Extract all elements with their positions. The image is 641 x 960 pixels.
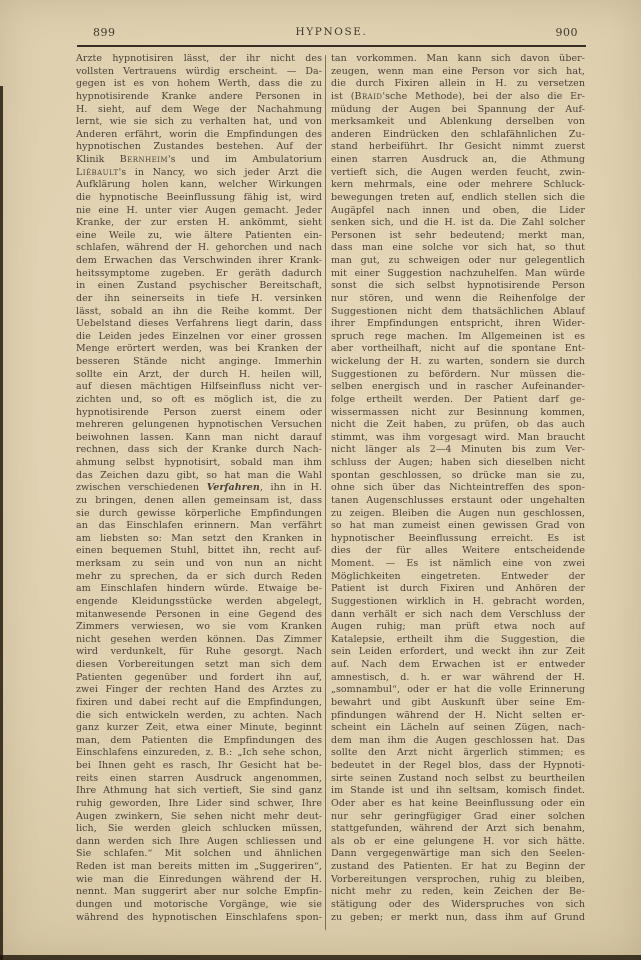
text-line: sein Leiden erfordert, und weckt ihn zur…	[331, 646, 585, 659]
text-line: beiwohnen lassen. Kann man nicht darauf	[76, 432, 322, 445]
text-line: hypnotisirende Kranke andere Personen in	[76, 91, 322, 104]
text-line: „somnambul“, oder er hat die volle Erinn…	[331, 684, 585, 697]
text-line: zu bringen, denen allen gemeinsam ist, d…	[76, 495, 322, 508]
text-line: ahmung selbst hypnotisirt, sobald man ih…	[76, 457, 322, 470]
text-line: Augen zwinkern, Sie sehen nicht mehr deu…	[76, 811, 322, 824]
text-line: Aufklärung holen kann, welcher Wirkungen	[76, 179, 322, 192]
text-line: Patient ist durch Fixiren und Anhören de…	[331, 583, 585, 596]
text-line: zwischen verschiedenen Verfahren, ihn in…	[76, 482, 322, 495]
text-line: Einschlafens einzureden, z. B.: „Ich seh…	[76, 747, 322, 760]
text-line: vertieft sich, die Augen werden feucht, …	[331, 167, 585, 180]
text-line: sonst die sich selbst hypnotisirende Per…	[331, 280, 585, 293]
text-line: Oder aber es hat keine Beeinflussung ode…	[331, 798, 585, 811]
text-line: ohne sich über das Nichteintreffen des s…	[331, 482, 585, 495]
page-header: 899 HYPNOSE. 900	[77, 26, 586, 42]
text-line: dann werden sich Ihre Augen schliessen u…	[76, 836, 322, 849]
text-line: stimmt, was ihm vorgesagt wird. Man brau…	[331, 432, 585, 445]
text-line: Augäpfel nach innen und oben, die Lider	[331, 205, 585, 218]
text-line: ganz kurzer Zeit, etwa einer Minute, beg…	[76, 722, 322, 735]
text-line: vollsten Vertrauens würdig erscheint. — …	[76, 66, 322, 79]
text-line: lich, Sie werden gleich schlucken müssen…	[76, 823, 322, 836]
page-number-right: 900	[556, 26, 579, 39]
text-line: bewahrt und gibt Auskunft über seine Em-	[331, 697, 585, 710]
text-line: an das Einschlafen erinnern. Man verfähr…	[76, 520, 322, 533]
text-line: sie durch gewisse körperliche Empfindung…	[76, 508, 322, 521]
text-line: sollte den Arzt nicht ärgerlich stimmen;…	[331, 747, 585, 760]
text-line: stattgefunden, während der Arzt sich ben…	[331, 823, 585, 836]
text-line: stand herbeiführt. Ihr Gesicht nimmt zue…	[331, 141, 585, 154]
text-line: auf. Nach dem Erwachen ist er entweder	[331, 659, 585, 672]
text-line: aber vortheilhaft, nicht auf die spontan…	[331, 343, 585, 356]
text-line: tanen Augenschlusses erstaunt oder ungeh…	[331, 495, 585, 508]
text-line: Ihre Athmung hat sich vertieft, Sie sind…	[76, 785, 322, 798]
text-line: Dann vergegenwärtige man sich den Seelen…	[331, 848, 585, 861]
scan-edge-left	[0, 86, 3, 960]
text-line: die Leiden jedes Einzelnen vor einer gro…	[76, 331, 322, 344]
scanned-page: 899 HYPNOSE. 900 Arzte hypnotisiren läss…	[0, 0, 641, 960]
text-line: pfindungen während der H. Nicht selten e…	[331, 710, 585, 723]
text-line: wickelung der H. zu warten, sondern sie …	[331, 356, 585, 369]
text-line: nennt. Man suggerirt aber nur solche Emp…	[76, 886, 322, 899]
text-line: Reden ist man bereits mitten im „Suggeri…	[76, 861, 322, 874]
text-line: Suggestionen zu befördern. Nur müssen di…	[331, 369, 585, 382]
text-line: einen bequemen Stuhl, bittet ihn, recht …	[76, 545, 322, 558]
text-line: H. sieht, auf dem Wege der Nachahmung	[76, 104, 322, 117]
text-line: Liébault's in Nancy, wo sich jeder Arzt …	[76, 167, 322, 180]
text-line: zeugen, wenn man eine Person vor sich ha…	[331, 66, 585, 79]
text-line: besseren Stände nicht anginge. Immerhin	[76, 356, 322, 369]
text-line: Anderen erfährt, worin die Empfindungen …	[76, 129, 322, 142]
text-line: folge ertheilt werden. Der Patient darf …	[331, 394, 585, 407]
text-line: mit einer Suggestion nachzuhelfen. Man w…	[331, 268, 585, 281]
page-title: HYPNOSE.	[77, 26, 586, 38]
text-line: anderen Eindrücken den schlafähnlichen Z…	[331, 129, 585, 142]
text-line: dass man eine solche vor sich hat, so th…	[331, 242, 585, 255]
text-line: man, dem Patienten die Empfindungen des	[76, 735, 322, 748]
text-line: schlafen, während der H. gehorchen und n…	[76, 242, 322, 255]
text-line: heitssymptome zugeben. Er geräth dadurch	[76, 268, 322, 281]
text-line: bewegungen treten auf, endlich stellen s…	[331, 192, 585, 205]
text-line: Zimmers verwiesen, wo sie vom Kranken	[76, 621, 322, 634]
text-line: auf diesen mächtigen Hilfseinfluss nicht…	[76, 381, 322, 394]
text-line: dem Erwachen das Verschwinden ihrer Kran…	[76, 255, 322, 268]
text-line: einen starren Ausdruck an, die Athmung	[331, 154, 585, 167]
text-line: fixiren und dabei recht auf die Empfindu…	[76, 697, 322, 710]
text-line: am Einschlafen hindern würde. Etwaige be…	[76, 583, 322, 596]
text-line: scheint ein Lächeln auf seinen Zügen, na…	[331, 722, 585, 735]
text-line: nie eine H. unter vier Augen gemacht. Je…	[76, 205, 322, 218]
text-line: müdung der Augen bei Spannung der Auf-	[331, 104, 585, 117]
text-line: Augen ruhig; man prüft etwa noch auf	[331, 621, 585, 634]
text-line: diesen Vorbereitungen setzt man sich dem	[76, 659, 322, 672]
text-line: reits einen starren Ausdruck angenommen,	[76, 773, 322, 786]
text-line: eine Weile zu, wie ältere Patienten ein-	[76, 230, 322, 243]
text-line: tan vorkommen. Man kann sich davon über-	[331, 53, 585, 66]
text-line: ruhig geworden, Ihre Lider sind schwer, …	[76, 798, 322, 811]
text-line: das Zeichen dazu gibt, so hat man die Wa…	[76, 470, 322, 483]
text-line: mehr zu sprechen, da er sich durch Reden	[76, 571, 322, 584]
text-line: senken sich, und die H. ist da. Die Zahl…	[331, 217, 585, 230]
text-line: die hypnotische Beeinflussung fähig ist,…	[76, 192, 322, 205]
text-line: merksamkeit und Ablenkung derselben von	[331, 116, 585, 129]
text-line: Vorbereitungen versprochen, ruhig zu ble…	[331, 874, 585, 887]
text-line: kern mehrmals, eine oder mehrere Schluck…	[331, 179, 585, 192]
text-line: nicht die Zeit haben, zu prüfen, ob das …	[331, 419, 585, 432]
text-line: dem man ihm die Augen geschlossen hat. D…	[331, 735, 585, 748]
text-line: schluss der Augen; haben sich dieselben …	[331, 457, 585, 470]
scan-edge-bottom	[0, 955, 641, 960]
text-line: hypnotisirende Person zuerst einem oder	[76, 407, 322, 420]
text-line: Moment. — Es ist nämlich eine von zwei	[331, 558, 585, 571]
text-line: wissermassen nicht zur Besinnung kommen,	[331, 407, 585, 420]
column-divider-rule	[325, 55, 326, 930]
text-line: zichten und, so oft es möglich ist, die …	[76, 394, 322, 407]
text-line: so hat man zumeist einen gewissen Grad v…	[331, 520, 585, 533]
text-line: lernt, wie sie sich zu verhalten hat, un…	[76, 116, 322, 129]
text-line: ist (Braid'sche Methode), bei der also d…	[331, 91, 585, 104]
text-line: die sich entwickeln werden, zu achten. N…	[76, 710, 322, 723]
text-line: in einen Zustand psychischer Bereitschaf…	[76, 280, 322, 293]
text-line: zu zeigen. Bleiben die Augen nun geschlo…	[331, 508, 585, 521]
text-line: hypnotischen Zustandes bestehen. Auf der	[76, 141, 322, 154]
text-line: engende Kleidungsstücke werden abgelegt,	[76, 596, 322, 609]
text-line: amnestisch, d. h. er war während der H.	[331, 672, 585, 685]
text-line: rechnen, dass sich der Kranke durch Nach…	[76, 444, 322, 457]
text-line: Personen ist sehr bedeutend; merkt man,	[331, 230, 585, 243]
text-line: Suggestionen wirklich in H. gebracht wor…	[331, 596, 585, 609]
text-line: sollte ein Arzt, der durch H. heilen wil…	[76, 369, 322, 382]
text-column-left: Arzte hypnotisiren lässt, der ihr nicht …	[76, 53, 322, 924]
text-line: nicht gesehen werden können. Das Zimmer	[76, 634, 322, 647]
text-line: bei Ihnen geht es rasch, Ihr Gesicht hat…	[76, 760, 322, 773]
text-line: mitanwesende Personen in eine Gegend des	[76, 609, 322, 622]
text-line: man gut, zu schweigen oder nur gelegentl…	[331, 255, 585, 268]
text-line: Arzte hypnotisiren lässt, der ihr nicht …	[76, 53, 322, 66]
text-line: Uebelstand dieses Verfahrens liegt darin…	[76, 318, 322, 331]
text-line: zwei Finger der rechten Hand des Arztes …	[76, 684, 322, 697]
text-line: dann verhält er sich nach dem Verschluss…	[331, 609, 585, 622]
text-line: merksam zu sein und von nun an nicht	[76, 558, 322, 571]
text-line: Sie schlafen.“ Mit solchen und ähnlichen	[76, 848, 322, 861]
text-line: während des hypnotischen Einschlafens sp…	[76, 912, 322, 925]
text-line: der ihn seinerseits in tiefe H. versinke…	[76, 293, 322, 306]
text-line: wie man die Einredungen während der H.	[76, 874, 322, 887]
text-line: sirte seinen Zustand noch selbst zu beur…	[331, 773, 585, 786]
text-line: Katalepsie, ertheilt ihm die Suggestion,…	[331, 634, 585, 647]
text-line: Suggestionen nicht dem thatsächlichen Ab…	[331, 306, 585, 319]
text-line: die durch Fixiren allein in H. zu verset…	[331, 78, 585, 91]
text-line: dungen und motorische Vorgänge, wie sie	[76, 899, 322, 912]
text-line: bedeutet in der Regel blos, dass der Hyp…	[331, 760, 585, 773]
text-line: stätigung oder des Widerspruches von sic…	[331, 899, 585, 912]
header-rule	[77, 45, 586, 47]
text-line: Klinik Bernheim's und im Ambulatorium	[76, 154, 322, 167]
text-line: lässt, sobald an ihn die Reihe kommt. De…	[76, 306, 322, 319]
text-line: nicht mehr zu reden, kein Zeichen der Be…	[331, 886, 585, 899]
text-line: mehreren gelungenen hypnotischen Versuch…	[76, 419, 322, 432]
text-line: hypnotischer Beeinflussung erreicht. Es …	[331, 533, 585, 546]
text-line: dies der für alles Weitere entscheidende	[331, 545, 585, 558]
text-line: zustand des Patienten. Er hat zu Beginn …	[331, 861, 585, 874]
text-line: nicht länger als 2—4 Minuten bis zum Ver…	[331, 444, 585, 457]
text-line: spontan geschlossen, so drücke man sie z…	[331, 470, 585, 483]
text-line: spruch rege machen. Im Allgemeinen ist e…	[331, 331, 585, 344]
text-line: gegen ist es von hohem Werth, dass die z…	[76, 78, 322, 91]
text-line: nur stören, und wenn die Reihenfolge der	[331, 293, 585, 306]
text-line: ihrer Empfindungen entspricht, ihren Wid…	[331, 318, 585, 331]
text-line: im Stande ist und ihn seltsam, komisch f…	[331, 785, 585, 798]
text-line: wird verdunkelt, für Ruhe gesorgt. Nach	[76, 646, 322, 659]
text-line: nur sehr geringfügiger Grad einer solche…	[331, 811, 585, 824]
text-line: Möglichkeiten eingetreten. Entweder der	[331, 571, 585, 584]
text-column-right: tan vorkommen. Man kann sich davon über-…	[331, 53, 585, 924]
text-line: am liebsten so: Man setzt den Kranken in	[76, 533, 322, 546]
text-line: Kranke, der zur ersten H. ankömmt, sieht	[76, 217, 322, 230]
text-line: Patienten gegenüber und fordert ihn auf,	[76, 672, 322, 685]
text-line: Menge erörtert werden, was bei Kranken d…	[76, 343, 322, 356]
text-line: zu geben; er merkt nun, dass ihm auf Gru…	[331, 912, 585, 925]
text-line: selben energisch und in rascher Aufeinan…	[331, 381, 585, 394]
text-line: als ob er eine gelungene H. vor sich hät…	[331, 836, 585, 849]
